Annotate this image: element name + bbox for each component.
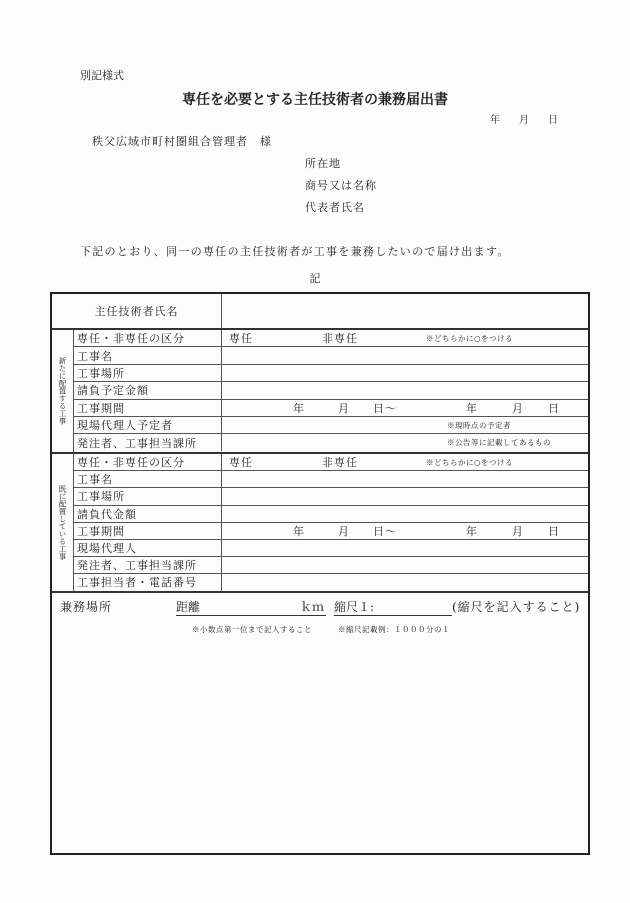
table-row: 工事場所: [73, 488, 588, 505]
row-note: ※公告等に記載してあるもの: [447, 437, 551, 448]
table-row: 工事期間 年 月 日～ 年 月 日: [73, 523, 588, 540]
row-value-field[interactable]: 専任 非専任※どちらかに○をつける: [222, 454, 588, 470]
from-day: 日～: [373, 400, 397, 416]
option-senin[interactable]: 専任: [229, 454, 253, 470]
date-line: 年月日: [490, 111, 558, 126]
to-year: 年: [466, 400, 478, 416]
date-day[interactable]: 日: [548, 111, 558, 126]
row-label: 発注者、工事担当課所: [77, 434, 221, 450]
row-label: 工事担当者・電話番号: [77, 574, 221, 590]
row-label: 請負予定金額: [77, 382, 221, 398]
from-year: 年: [293, 400, 305, 416]
addressee: 秩父広域市町村圏組合管理者 様: [92, 133, 272, 149]
row-value-field[interactable]: ※公告等に記載してあるもの: [222, 434, 588, 450]
row-label: 工事名: [77, 471, 221, 487]
table-row: 工事場所: [73, 365, 588, 382]
engineer-name-field[interactable]: [222, 294, 588, 328]
option-hisenin[interactable]: 非専任: [322, 330, 358, 346]
table-row: 専任・非専任の区分 専任 非専任※どちらかに○をつける: [73, 330, 588, 347]
to-day: 日: [548, 523, 560, 539]
scale-note: (縮尺を記入すること): [452, 598, 580, 615]
ki-heading: 記: [0, 270, 630, 286]
scale-label: 縮尺１:: [334, 600, 374, 614]
section-separator: [52, 591, 588, 593]
date-year[interactable]: 年: [490, 111, 500, 126]
row-value-field[interactable]: [222, 557, 588, 573]
row-label: 工事名: [77, 347, 221, 363]
row-value-field[interactable]: 専任 非専任※どちらかに○をつける: [222, 330, 588, 346]
location-label: 兼務場所: [60, 598, 112, 615]
to-day: 日: [548, 400, 560, 416]
from-year: 年: [293, 523, 305, 539]
new-section-side-label: 新たに配置する工事: [52, 330, 74, 452]
option-senin[interactable]: 専任: [229, 330, 253, 346]
scale-field[interactable]: 縮尺１:: [334, 598, 452, 616]
document-title: 専任を必要とする主任技術者の兼務届出書: [0, 89, 630, 109]
row-label: 工事期間: [77, 523, 221, 539]
from-month: 月: [338, 523, 350, 539]
row-label: 専任・非専任の区分: [77, 330, 221, 346]
row-label: 工事場所: [77, 365, 221, 381]
row-value-field[interactable]: [222, 574, 588, 590]
scale-example-note: ※縮尺記載例：１０００分の１: [338, 624, 450, 635]
intro-text: 下記のとおり、同一の専任の主任技術者が工事を兼務したいので届け出ます。: [80, 243, 510, 259]
row-value-field[interactable]: ※現時点の予定者: [222, 417, 588, 433]
row-note: ※どちらかに○をつける: [426, 457, 513, 468]
row-value-field[interactable]: 年 月 日～ 年 月 日: [222, 400, 588, 416]
row-note: ※現時点の予定者: [447, 420, 511, 431]
table-row: 発注者、工事担当課所: [73, 557, 588, 574]
form-label: 別記様式: [80, 67, 124, 83]
from-month: 月: [338, 400, 350, 416]
table-row: 工事名: [73, 347, 588, 364]
engineer-name-label: 主任技術者氏名: [52, 294, 221, 328]
row-value-field[interactable]: [222, 506, 588, 522]
table-row: 請負代金額: [73, 506, 588, 523]
table-row: 現場代理人: [73, 540, 588, 557]
table-row: 現場代理人予定者 ※現時点の予定者: [73, 417, 588, 434]
row-value-field[interactable]: [222, 471, 588, 487]
distance-field[interactable]: 距離 ｋｍ: [176, 598, 326, 616]
form-table: 主任技術者氏名 新たに配置する工事 既に配置している工事 兼務場所 距離 ｋｍ …: [50, 292, 590, 855]
row-label: 専任・非専任の区分: [77, 454, 221, 470]
row-value-field[interactable]: [222, 347, 588, 363]
option-hisenin[interactable]: 非専任: [322, 454, 358, 470]
table-row: 請負予定金額: [73, 382, 588, 399]
applicant-company-label: 商号又は名称: [305, 177, 377, 193]
table-row: 工事名: [73, 471, 588, 488]
table-row: 発注者、工事担当課所 ※公告等に記載してあるもの: [73, 434, 588, 450]
to-year: 年: [466, 523, 478, 539]
row-value-field[interactable]: [222, 382, 588, 398]
map-area[interactable]: [54, 642, 586, 851]
row-label: 現場代理人予定者: [77, 417, 221, 433]
row-note: ※どちらかに○をつける: [426, 333, 513, 344]
applicant-representative-label: 代表者氏名: [305, 199, 365, 215]
row-value-field[interactable]: 年 月 日～ 年 月 日: [222, 523, 588, 539]
table-row: 工事期間 年 月 日～ 年 月 日: [73, 400, 588, 417]
existing-section-side-label: 既に配置している工事: [52, 454, 74, 591]
row-label: 現場代理人: [77, 540, 221, 556]
applicant-address-label: 所在地: [305, 155, 341, 171]
distance-label: 距離: [176, 600, 200, 614]
from-day: 日～: [373, 523, 397, 539]
row-label: 請負代金額: [77, 506, 221, 522]
row-value-field[interactable]: [222, 488, 588, 504]
row-value-field[interactable]: [222, 365, 588, 381]
distance-unit: ｋｍ: [300, 598, 324, 615]
distance-note: ※小数点第一位まで記入すること: [192, 624, 312, 635]
table-row: 工事担当者・電話番号: [73, 574, 588, 590]
row-label: 工事期間: [77, 400, 221, 416]
row-label: 発注者、工事担当課所: [77, 557, 221, 573]
engineer-name-row: 主任技術者氏名: [52, 294, 588, 330]
to-month: 月: [512, 400, 524, 416]
date-month[interactable]: 月: [519, 111, 529, 126]
row-value-field[interactable]: [222, 540, 588, 556]
table-row: 専任・非専任の区分 専任 非専任※どちらかに○をつける: [73, 454, 588, 471]
row-label: 工事場所: [77, 488, 221, 504]
to-month: 月: [512, 523, 524, 539]
